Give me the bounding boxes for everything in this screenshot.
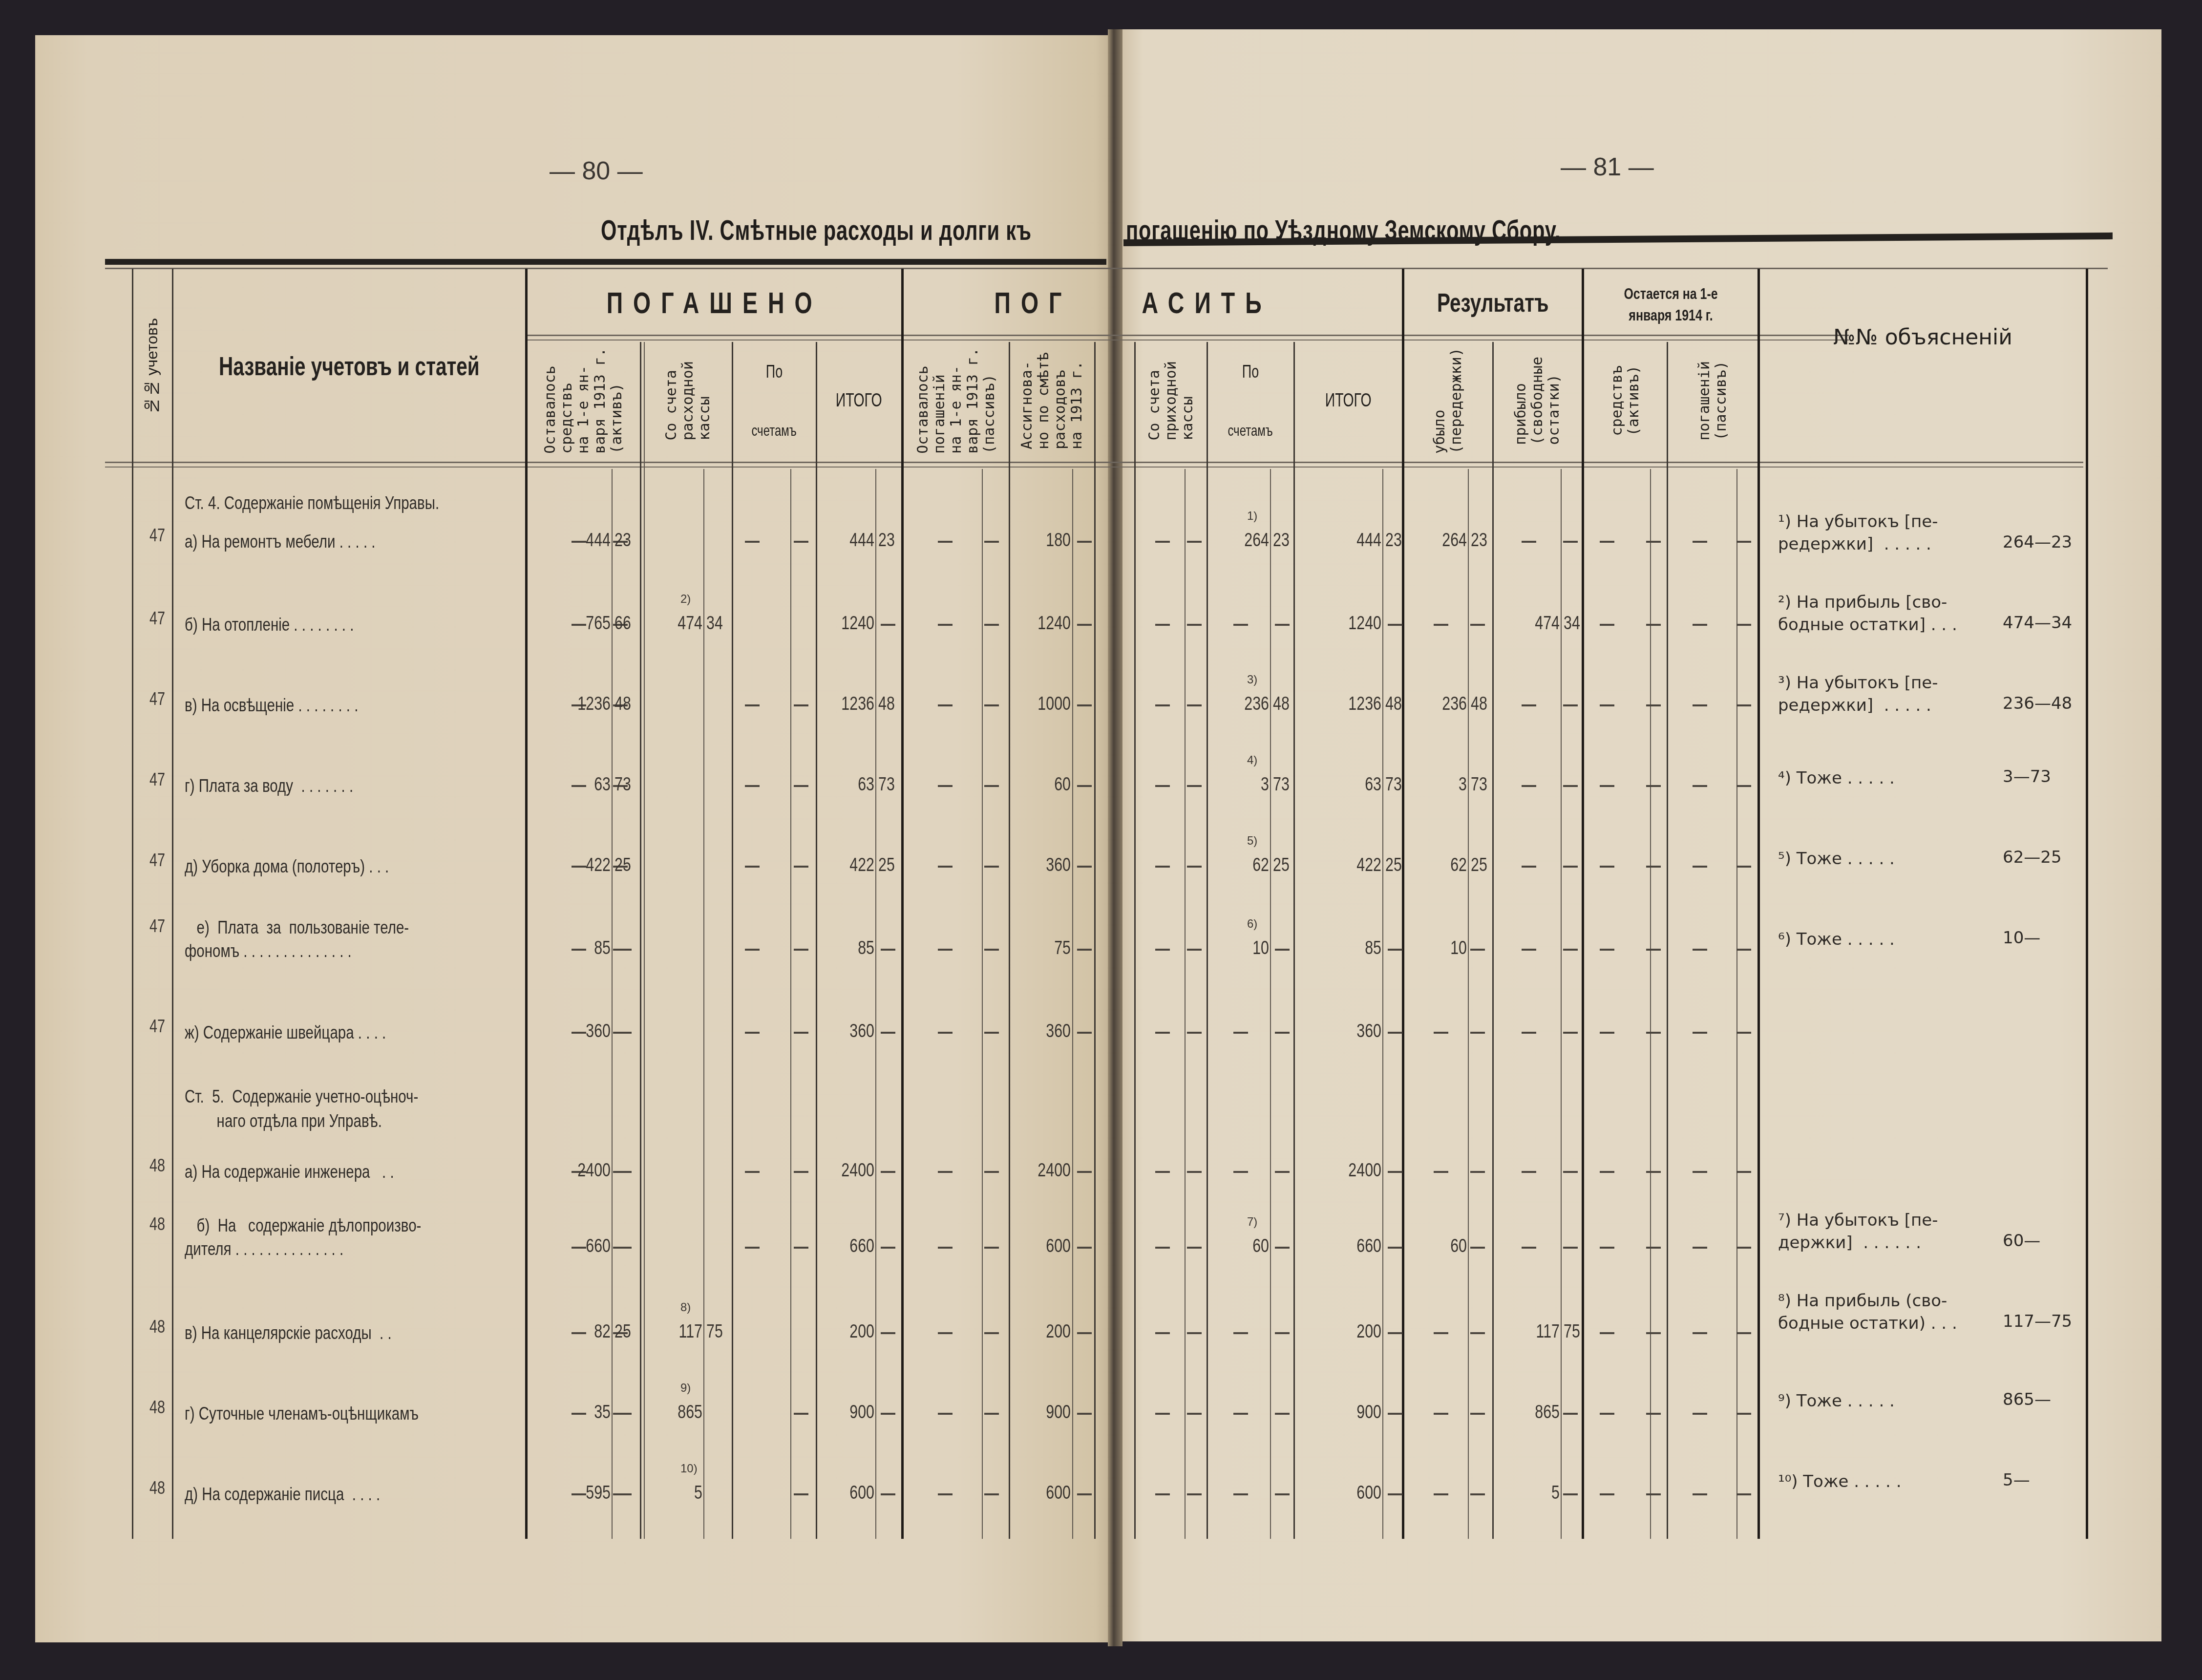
account-number: 47 — [138, 916, 165, 936]
amount-rubles: 1236 — [796, 694, 874, 715]
amount-rubles: 474 — [1482, 613, 1560, 634]
account-number: 47 — [138, 525, 165, 546]
amount-kopecks: 23 — [1273, 530, 1290, 551]
group-header-rule-2 — [525, 340, 1849, 340]
col-divider — [1094, 342, 1096, 1539]
table-left-border — [132, 269, 133, 1539]
amount-rubles: 765 — [532, 613, 611, 634]
empty-dash — [1233, 1032, 1248, 1034]
amount-rubles: 85 — [796, 938, 874, 959]
amount-rubles: 63 — [532, 774, 611, 795]
account-number: 47 — [138, 850, 165, 871]
empty-dash — [938, 704, 953, 706]
item-name: б) На отопленіе . . . . . . . . — [185, 613, 354, 637]
col-divider-major — [1582, 269, 1584, 1539]
page-number-left: — 80 — — [550, 156, 643, 186]
amount-rubles: 600 — [993, 1483, 1071, 1504]
empty-dash — [1693, 1247, 1707, 1249]
empty-dash — [1522, 541, 1536, 543]
empty-dash — [1155, 704, 1170, 706]
amount-rubles: 264 — [1191, 530, 1269, 551]
empty-dash — [1693, 1032, 1707, 1034]
amount-rubles: 264 — [1389, 530, 1467, 551]
header-name: Названіе учетовъ и статей — [173, 274, 525, 459]
empty-dash — [1646, 1032, 1661, 1034]
explanation-text: ⁵) Тоже . . . . . — [1778, 848, 1895, 870]
amount-rubles: 63 — [1303, 774, 1381, 795]
header-result-group: Результатъ — [1404, 274, 1582, 332]
empty-dash — [1693, 1493, 1707, 1495]
amount-rubles: 180 — [993, 530, 1071, 551]
amount-rubles: 85 — [532, 938, 611, 959]
empty-dash — [1275, 624, 1290, 626]
empty-dash — [1600, 949, 1614, 951]
amount-kopecks: 73 — [614, 774, 631, 795]
empty-dash — [881, 1413, 895, 1415]
explanation-text: ⁴) Тоже . . . . . — [1778, 767, 1895, 789]
kop-divider — [790, 469, 791, 1539]
item-name: ж) Содержаніе швейцара . . . . — [185, 1021, 386, 1044]
empty-dash — [1077, 1247, 1092, 1249]
header-result-profit: прибыло (свободные остатки) — [1494, 342, 1582, 459]
amount-rubles: 236 — [1389, 694, 1467, 715]
explanation-value: 3—73 — [2003, 767, 2051, 787]
empty-dash — [1736, 704, 1751, 706]
book-gutter — [1108, 29, 1122, 1646]
col-divider-major — [525, 269, 528, 1539]
empty-dash — [1155, 1413, 1170, 1415]
empty-dash — [1693, 1171, 1707, 1173]
header-to-pay-by-accounts: По счетамъ — [1207, 342, 1293, 459]
explanation-text: ⁶) Тоже . . . . . — [1778, 928, 1895, 951]
empty-dash — [1693, 624, 1707, 626]
empty-dash — [1275, 1413, 1290, 1415]
empty-dash — [1233, 1171, 1248, 1173]
amount-kopecks: 25 — [1471, 855, 1487, 876]
amount-rubles: 595 — [532, 1483, 611, 1504]
empty-dash — [745, 1032, 760, 1034]
top-rule-left — [105, 259, 1106, 265]
col-divider-major — [1757, 269, 1760, 1539]
empty-dash — [1077, 866, 1092, 868]
empty-dash — [1600, 1493, 1614, 1495]
amount-rubles: 10 — [1191, 938, 1269, 959]
empty-dash — [1388, 1171, 1402, 1173]
explanation-value: 62—25 — [2003, 848, 2062, 867]
empty-dash — [1434, 1493, 1448, 1495]
empty-dash — [1736, 541, 1751, 543]
empty-dash — [1434, 1413, 1448, 1415]
amount-rubles: 660 — [532, 1236, 611, 1257]
empty-dash — [1600, 624, 1614, 626]
empty-dash — [881, 624, 895, 626]
amount-rubles: 444 — [532, 530, 611, 551]
amount-kopecks: 73 — [1273, 774, 1290, 795]
empty-dash — [1388, 624, 1402, 626]
empty-dash — [1736, 949, 1751, 951]
empty-dash — [1736, 1493, 1751, 1495]
item-name: г) Плата за воду . . . . . . . — [185, 774, 353, 798]
amount-kopecks: 73 — [878, 774, 895, 795]
kop-divider — [875, 469, 876, 1539]
empty-dash — [1693, 866, 1707, 868]
explanation-text: ³) На убытокъ [пе- редержки] . . . . . — [1778, 672, 1938, 717]
amount-rubles: 3 — [1191, 774, 1269, 795]
amount-kopecks: 34 — [706, 613, 723, 634]
amount-rubles: 360 — [1303, 1021, 1381, 1042]
account-number: 47 — [138, 689, 165, 709]
amount-rubles: 900 — [1303, 1402, 1381, 1423]
empty-dash — [1077, 1493, 1092, 1495]
empty-dash — [881, 1171, 895, 1173]
empty-dash — [1522, 1171, 1536, 1173]
empty-dash — [1187, 1332, 1202, 1334]
empty-dash — [881, 1247, 895, 1249]
empty-dash — [1646, 1413, 1661, 1415]
empty-dash — [938, 949, 953, 951]
empty-dash — [1077, 785, 1092, 787]
empty-dash — [1563, 1032, 1578, 1034]
explanation-value: 60— — [2003, 1231, 2040, 1251]
empty-dash — [617, 1171, 632, 1173]
item-name: е) Плата за пользованіе теле- фономъ . .… — [185, 916, 409, 963]
empty-dash — [745, 866, 760, 868]
col-divider — [1134, 342, 1136, 1539]
amount-rubles: 360 — [532, 1021, 611, 1042]
empty-dash — [1155, 1493, 1170, 1495]
empty-dash — [1600, 1332, 1614, 1334]
kop-divider — [982, 469, 983, 1539]
empty-dash — [745, 704, 760, 706]
empty-dash — [745, 1247, 760, 1249]
empty-dash — [1646, 785, 1661, 787]
empty-dash — [1155, 949, 1170, 951]
amount-rubles: 2400 — [993, 1160, 1071, 1181]
title-left: Отдѣлъ IV. Смѣтные расходы и долги къ — [601, 214, 1032, 247]
empty-dash — [938, 1493, 953, 1495]
amount-rubles: 900 — [796, 1402, 874, 1423]
amount-kopecks: 75 — [706, 1321, 723, 1342]
account-number: 47 — [138, 608, 165, 629]
amount-rubles: 422 — [1303, 855, 1381, 876]
empty-dash — [1470, 1247, 1485, 1249]
footnote-marker: 1) — [1247, 510, 1257, 523]
amount-rubles: 35 — [532, 1402, 611, 1423]
col-divider — [1492, 342, 1494, 1539]
amount-rubles: 62 — [1389, 855, 1467, 876]
explanation-text: ⁸) На прибыль (сво- бодные остатки) . . … — [1778, 1290, 1957, 1335]
empty-dash — [1736, 624, 1751, 626]
kop-divider — [1468, 469, 1469, 1539]
group-header-rule — [525, 335, 1849, 336]
amount-rubles: 444 — [796, 530, 874, 551]
footnote-marker: 3) — [1247, 673, 1257, 687]
empty-dash — [617, 949, 632, 951]
explanation-value: 10— — [2003, 928, 2040, 948]
empty-dash — [1155, 1032, 1170, 1034]
empty-dash — [1736, 1171, 1751, 1173]
empty-dash — [1736, 1032, 1751, 1034]
empty-dash — [1646, 704, 1661, 706]
empty-dash — [1187, 624, 1202, 626]
empty-dash — [1522, 704, 1536, 706]
item-name: в) На канцелярскіе расходы . . — [185, 1321, 392, 1345]
empty-dash — [1563, 541, 1578, 543]
empty-dash — [1600, 1247, 1614, 1249]
empty-dash — [938, 1413, 953, 1415]
amount-rubles: 2400 — [796, 1160, 874, 1181]
amount-rubles: 360 — [796, 1021, 874, 1042]
col-divider — [640, 342, 641, 1539]
amount-rubles: 900 — [993, 1402, 1071, 1423]
amount-kopecks: 23 — [1471, 530, 1487, 551]
empty-dash — [1077, 949, 1092, 951]
empty-dash — [938, 541, 953, 543]
empty-dash — [1600, 704, 1614, 706]
amount-rubles: 60 — [993, 774, 1071, 795]
amount-rubles: 422 — [532, 855, 611, 876]
amount-rubles: 200 — [993, 1321, 1071, 1342]
section-label: Ст. 5. Содержаніе учетно-оцѣноч- наго от… — [185, 1085, 418, 1133]
header-remains-funds: средствъ (активъ) — [1584, 342, 1667, 459]
empty-dash — [1187, 1171, 1202, 1173]
empty-dash — [1563, 704, 1578, 706]
empty-dash — [745, 1171, 760, 1173]
empty-dash — [1077, 541, 1092, 543]
amount-rubles: 200 — [796, 1321, 874, 1342]
empty-dash — [1693, 1332, 1707, 1334]
kop-divider — [1382, 469, 1383, 1539]
amount-rubles: 60 — [1389, 1236, 1467, 1257]
empty-dash — [1155, 866, 1170, 868]
header-remains-debts: погашеній (пассивъ) — [1668, 342, 1757, 459]
empty-dash — [1600, 1413, 1614, 1415]
empty-dash — [1470, 1032, 1485, 1034]
amount-kopecks: 48 — [878, 694, 895, 715]
footnote-marker: 10) — [680, 1462, 698, 1476]
col-divider — [732, 342, 733, 1539]
empty-dash — [1275, 1247, 1290, 1249]
amount-kopecks: 34 — [1564, 613, 1580, 634]
header-paid-by-accounts: По счетамъ — [733, 342, 816, 459]
explanation-text: ⁹) Тоже . . . . . — [1778, 1390, 1895, 1412]
amount-rubles: 600 — [796, 1483, 874, 1504]
empty-dash — [1646, 949, 1661, 951]
empty-dash — [1275, 949, 1290, 951]
amount-rubles: 660 — [796, 1236, 874, 1257]
empty-dash — [1522, 1247, 1536, 1249]
header-to-pay-group-left: ПОГ — [972, 274, 1094, 332]
explanation-text: ¹⁰) Тоже . . . . . — [1778, 1470, 1902, 1493]
empty-dash — [1388, 1332, 1402, 1334]
amount-kopecks: 48 — [1273, 694, 1290, 715]
empty-dash — [1077, 1332, 1092, 1334]
amount-kopecks: 48 — [1471, 694, 1487, 715]
footnote-marker: 9) — [680, 1382, 691, 1395]
empty-dash — [881, 949, 895, 951]
amount-rubles: 474 — [624, 613, 702, 634]
header-to-pay-total: ИТОГО — [1294, 342, 1402, 459]
item-name: а) На содержаніе инженера . . — [185, 1160, 394, 1184]
amount-rubles: 1236 — [532, 694, 611, 715]
empty-dash — [1233, 1332, 1248, 1334]
amount-kopecks: 25 — [1273, 855, 1290, 876]
empty-dash — [1275, 1032, 1290, 1034]
amount-rubles: 2400 — [1303, 1160, 1381, 1181]
item-name: г) Суточные членамъ-оцѣнщикамъ — [185, 1402, 419, 1425]
amount-kopecks: 73 — [1471, 774, 1487, 795]
empty-dash — [1646, 1332, 1661, 1334]
account-number: 47 — [138, 769, 165, 790]
empty-dash — [1470, 949, 1485, 951]
amount-rubles: 600 — [993, 1236, 1071, 1257]
empty-dash — [938, 866, 953, 868]
empty-dash — [1470, 1171, 1485, 1173]
empty-dash — [938, 1032, 953, 1034]
empty-dash — [1646, 541, 1661, 543]
empty-dash — [1077, 1413, 1092, 1415]
amount-kopecks: 75 — [1564, 1321, 1580, 1342]
amount-rubles: 865 — [1482, 1402, 1560, 1423]
amount-rubles: 360 — [993, 855, 1071, 876]
col-divider-major — [1402, 269, 1404, 1539]
footnote-marker: 6) — [1247, 917, 1257, 931]
empty-dash — [1736, 1413, 1751, 1415]
empty-dash — [1563, 949, 1578, 951]
footnote-marker: 2) — [680, 593, 691, 606]
kop-divider — [1561, 469, 1562, 1539]
empty-dash — [1434, 624, 1448, 626]
amount-rubles: 236 — [1191, 694, 1269, 715]
amount-kopecks: 25 — [878, 855, 895, 876]
empty-dash — [1388, 1413, 1402, 1415]
amount-rubles: 1240 — [796, 613, 874, 634]
empty-dash — [1522, 1032, 1536, 1034]
header-to-pay-assigned: Ассигнова- но по смѣтѣ расходовъ на 1913… — [1010, 342, 1094, 459]
amount-rubles: 1240 — [993, 613, 1071, 634]
explanation-value: 264—23 — [2003, 532, 2072, 552]
item-name: б) На содержаніе дѣлопроизво- дителя . .… — [185, 1214, 421, 1261]
empty-dash — [1736, 1247, 1751, 1249]
empty-dash — [1563, 1171, 1578, 1173]
amount-kopecks: 48 — [614, 694, 631, 715]
empty-dash — [938, 1332, 953, 1334]
empty-dash — [1233, 1413, 1248, 1415]
kop-divider — [612, 469, 613, 1539]
empty-dash — [1155, 541, 1170, 543]
item-name: д) На содержаніе писца . . . . — [185, 1483, 380, 1506]
header-account-no: №№ учетовъ — [132, 274, 172, 459]
empty-dash — [1077, 624, 1092, 626]
amount-rubles: 600 — [1303, 1483, 1381, 1504]
explanation-text: ¹) На убытокъ [пе- редержки] . . . . . — [1778, 510, 1938, 555]
amount-rubles: 10 — [1389, 938, 1467, 959]
empty-dash — [1155, 1247, 1170, 1249]
col-divider-major — [901, 269, 904, 1539]
amount-rubles: 444 — [1303, 530, 1381, 551]
account-number: 48 — [138, 1397, 165, 1418]
amount-kopecks: 23 — [878, 530, 895, 551]
explanation-value: 5— — [2003, 1470, 2030, 1490]
account-number: 48 — [138, 1155, 165, 1176]
empty-dash — [881, 1493, 895, 1495]
empty-dash — [1155, 1171, 1170, 1173]
empty-dash — [617, 1032, 632, 1034]
amount-rubles: 360 — [993, 1021, 1071, 1042]
empty-dash — [1233, 1493, 1248, 1495]
amount-rubles: 865 — [624, 1402, 702, 1423]
empty-dash — [1563, 1247, 1578, 1249]
empty-dash — [1646, 624, 1661, 626]
empty-dash — [1187, 1493, 1202, 1495]
explanation-value: 117—75 — [2003, 1312, 2072, 1331]
explanation-text: ⁷) На убытокъ [пе- держки] . . . . . . — [1778, 1209, 1938, 1254]
amount-kopecks: 23 — [614, 530, 631, 551]
kop-divider — [1072, 469, 1073, 1539]
header-paid-total: ИТОГО — [817, 342, 901, 459]
kop-divider — [1270, 469, 1271, 1539]
empty-dash — [881, 1032, 895, 1034]
amount-rubles: 660 — [1303, 1236, 1381, 1257]
kop-divider — [1736, 469, 1737, 1539]
amount-rubles: 1236 — [1303, 694, 1381, 715]
empty-dash — [1563, 785, 1578, 787]
section-label: Ст. 4. Содержаніе помѣщенія Управы. — [185, 491, 439, 515]
empty-dash — [1155, 624, 1170, 626]
amount-rubles: 82 — [532, 1321, 611, 1342]
empty-dash — [1646, 1171, 1661, 1173]
empty-dash — [1600, 866, 1614, 868]
amount-rubles: 1000 — [993, 694, 1071, 715]
table-right-border — [2086, 269, 2088, 1539]
amount-rubles: 3 — [1389, 774, 1467, 795]
header-paid-expense-cash: Со счета расходной кассы — [645, 342, 732, 459]
amount-rubles: 63 — [796, 774, 874, 795]
empty-dash — [938, 624, 953, 626]
empty-dash — [1155, 785, 1170, 787]
empty-dash — [1522, 949, 1536, 951]
amount-rubles: 75 — [993, 938, 1071, 959]
kop-divider — [703, 469, 704, 1539]
empty-dash — [1522, 785, 1536, 787]
empty-dash — [881, 1332, 895, 1334]
footnote-marker: 5) — [1247, 834, 1257, 848]
account-number: 48 — [138, 1214, 165, 1234]
footnote-marker: 8) — [680, 1301, 691, 1315]
amount-rubles: 422 — [796, 855, 874, 876]
header-paid-group: ПОГАШЕНО — [528, 274, 901, 332]
header-to-pay-income-cash: Со счета приходной кассы — [1136, 342, 1207, 459]
amount-rubles: 117 — [1482, 1321, 1560, 1342]
amount-rubles: 62 — [1191, 855, 1269, 876]
amount-rubles: 5 — [624, 1483, 702, 1504]
explanation-value: 236—48 — [2003, 694, 2072, 713]
header-paid-remaining-funds: Оставалось средствъ на 1-е ян- варя 1913… — [528, 342, 640, 459]
empty-dash — [1600, 785, 1614, 787]
item-name: д) Уборка дома (полотеръ) . . . — [185, 855, 389, 878]
empty-dash — [1522, 866, 1536, 868]
col-divider — [1667, 342, 1668, 1539]
header-explanations: №№ объясненій — [1760, 274, 2086, 401]
empty-dash — [1434, 1171, 1448, 1173]
explanation-value: 474—34 — [2003, 613, 2072, 633]
empty-dash — [1275, 1493, 1290, 1495]
account-number: 48 — [138, 1317, 165, 1337]
empty-dash — [1388, 1493, 1402, 1495]
empty-dash — [1563, 1413, 1578, 1415]
empty-dash — [1736, 785, 1751, 787]
top-rule-thin — [105, 268, 2108, 269]
